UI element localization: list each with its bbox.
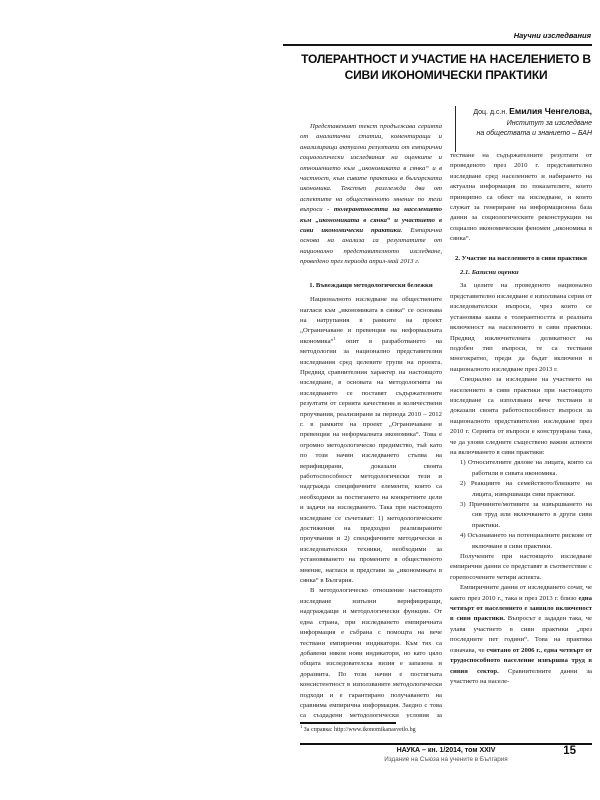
author-degree: Доц. д.с.н. xyxy=(473,109,509,116)
article-title: ТОЛЕРАНТНОСТ И УЧАСТИЕ НА НАСЕЛЕНИЕТО ВС… xyxy=(300,52,592,83)
header-rule xyxy=(283,44,592,46)
scanned-journal-page: Научни изследвания ТОЛЕРАНТНОСТ И УЧАСТИ… xyxy=(0,0,600,800)
article-title-line1: ТОЛЕРАНТНОСТ И УЧАСТИЕ НА НАСЕЛЕНИЕТО В xyxy=(301,52,591,66)
paragraph: Специално за изследване на участието на … xyxy=(450,375,592,458)
article-title-line2: СИВИ ИКОНОМИЧЕСКИ ПРАКТИКИ xyxy=(345,68,548,82)
author-block: Доц. д.с.н. Емилия Ченгелова, Институт з… xyxy=(450,106,592,138)
footnote-rule xyxy=(300,722,396,724)
left-column: Представеният текст продължава серията о… xyxy=(300,106,442,718)
right-column: Доц. д.с.н. Емилия Ченгелова, Институт з… xyxy=(450,106,592,718)
paragraph: За целите на проведеното национално пред… xyxy=(450,281,592,375)
journal-footer: НАУКА – кн. 1/2014, том XXIV Издание на … xyxy=(300,747,592,763)
paragraph: Националното изследване на обществените … xyxy=(300,295,442,586)
page-number: 15 xyxy=(563,745,576,757)
paragraph: Получените при настоящото изследване емп… xyxy=(450,552,592,583)
author-affiliation-line1: Институт за изследване xyxy=(450,119,592,129)
page-content-area: Научни изследвания ТОЛЕРАНТНОСТ И УЧАСТИ… xyxy=(300,0,592,800)
abstract: Представеният текст продължава серията о… xyxy=(300,122,442,268)
list-item: 2) Реакциите на семейството/близките на … xyxy=(460,479,592,500)
heading: 1. Въвеждащи методологически бележки xyxy=(300,281,442,291)
footnote: 1 За справка: http://www.ikonomikanasvet… xyxy=(300,727,416,733)
list-item: 1) Относителните дялове на лицата, които… xyxy=(460,458,592,479)
paragraph: В методологическо отношение настоящото и… xyxy=(300,586,442,718)
author-affiliation-line2: на обществата и знанието – БАН xyxy=(450,129,592,139)
author-line: Доц. д.с.н. Емилия Ченгелова, xyxy=(450,106,592,118)
paragraph: Емпиричните данни от изследването сочат,… xyxy=(450,583,592,687)
subheading: 2.1. Базисни оценки xyxy=(450,268,592,278)
paragraph-flush: тестване на съдържателните резултати от … xyxy=(450,151,592,245)
right-column-text: тестване на съдържателните резултати от … xyxy=(450,151,592,687)
footnote-text: За справка: http://www.ikonomikanasvetlo… xyxy=(302,727,415,733)
list-item: 4) Осъзнаването на потенциалните рискове… xyxy=(460,531,592,552)
author-name: Емилия Ченгелова, xyxy=(509,106,592,116)
two-column-body: Представеният текст продължава серията о… xyxy=(300,106,592,718)
footer-rule xyxy=(300,743,592,745)
running-head: Научни изследвания xyxy=(514,31,591,40)
list-item: 3) Причините/мотивите за извършването на… xyxy=(460,500,592,531)
journal-issue-line: НАУКА – кн. 1/2014, том XXIV xyxy=(300,747,592,754)
heading: 2. Участие на населението в сиви практик… xyxy=(450,254,592,264)
journal-publisher-line: Издание на Съюза на учените в България xyxy=(300,756,592,763)
